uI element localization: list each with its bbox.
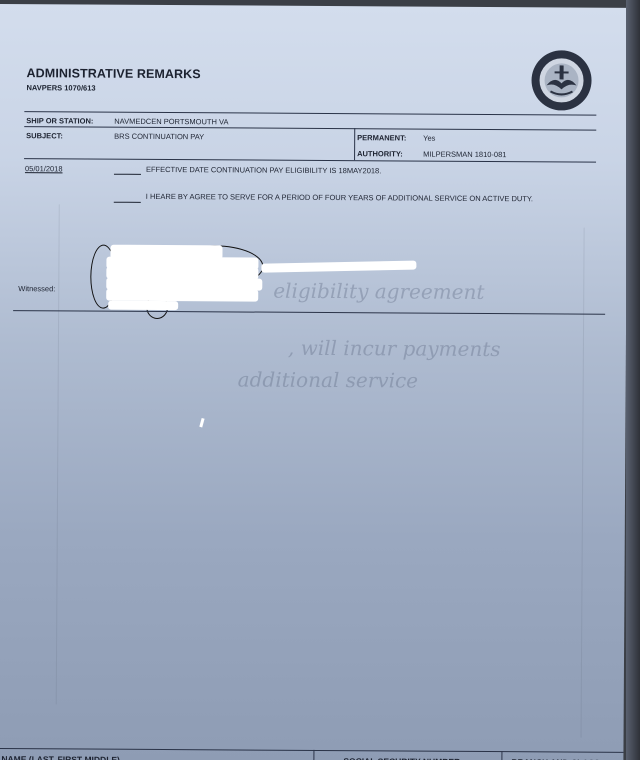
navy-seal-icon [530, 49, 592, 111]
divider [354, 128, 355, 160]
fold-mark [56, 204, 60, 704]
authority-value: MILPERSMAN 1810-081 [423, 150, 506, 160]
authority-label: AUTHORITY: [357, 149, 403, 158]
document-title: ADMINISTRATIVE REMARKS [27, 66, 201, 81]
speck-mark [199, 418, 204, 427]
name-label: NAME (LAST, FIRST MIDDLE) [1, 754, 120, 760]
redaction-box [108, 301, 178, 310]
entry-text: EFFECTIVE DATE CONTINUATION PAY ELIGIBIL… [146, 165, 381, 175]
ship-or-station-value: NAVMEDCEN PORTSMOUTH VA [114, 117, 228, 127]
rule [24, 111, 596, 115]
permanent-label: PERMANENT: [357, 133, 406, 142]
witnessed-label: Witnessed: [18, 284, 55, 293]
permanent-value: Yes [423, 134, 435, 143]
divider [313, 750, 314, 760]
document-page: ADMINISTRATIVE REMARKS NAVPERS 1070/613 … [0, 4, 628, 760]
bleed-through-handwriting: , will incur payments [288, 336, 501, 361]
bleed-through-handwriting: eligibility agreement [273, 279, 484, 304]
entry-text: I HEARE BY AGREE TO SERVE FOR A PERIOD O… [146, 192, 533, 203]
rule [13, 310, 605, 315]
page-edge-shadow [626, 0, 640, 760]
form-number: NAVPERS 1070/613 [26, 83, 95, 92]
footer-rule [0, 748, 623, 753]
rule [24, 126, 596, 130]
redaction-box [106, 289, 258, 302]
divider [501, 751, 502, 760]
initials-blank[interactable] [114, 174, 141, 175]
rule [24, 158, 596, 162]
redaction-box [261, 261, 416, 273]
bleed-through-handwriting: additional service [238, 367, 419, 392]
subject-label: SUBJECT: [26, 131, 63, 140]
fold-mark [581, 228, 585, 738]
ssn-label: SOCIAL SECURITY NUMBER [343, 756, 460, 760]
initials-blank[interactable] [114, 202, 141, 203]
ship-or-station-label: SHIP OR STATION: [26, 116, 93, 125]
entry-date: 05/01/2018 [25, 164, 63, 173]
subject-value: BRS CONTINUATION PAY [114, 132, 204, 142]
